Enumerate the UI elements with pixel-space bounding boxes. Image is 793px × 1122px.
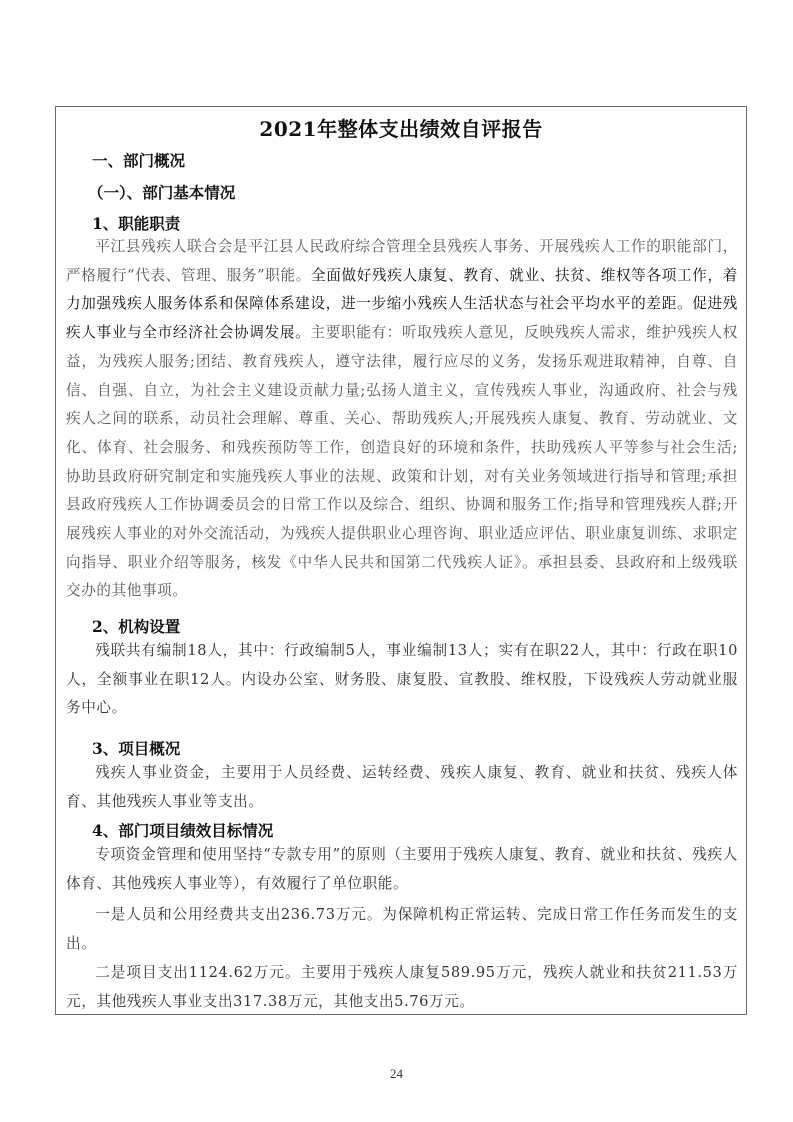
paragraph-special-funds: 专项资金管理和使用坚持“专款专用”的原则（主要用于残疾人康复、教育、就业和扶贫、… [66, 841, 738, 898]
section-heading-department-overview: 一、部门概况 [92, 149, 185, 171]
heading-functions-duties: 1、职能职责 [92, 212, 180, 234]
paragraph-project-overview: 残疾人事业资金，主要用于人员经费、运转经费、残疾人康复、教育、就业和扶贫、残疾人… [66, 759, 738, 816]
paragraph-project-expenses: 二是项目支出1124.62万元。主要用于残疾人康复589.95万元，残疾人就业和… [66, 959, 738, 1016]
report-title: 2021年整体支出绩效自评报告 [56, 113, 746, 142]
paragraph-functions-duties: 平江县残疾人联合会是平江县人民政府综合管理全县残疾人事务、开展残疾人工作的职能部… [66, 233, 738, 606]
report-frame: 2021年整体支出绩效自评报告 一、部门概况 （一）、部门基本情况 1、职能职责… [55, 106, 747, 1015]
page-number: 24 [0, 1066, 793, 1082]
heading-project-overview: 3、项目概况 [92, 737, 180, 759]
heading-performance-goals: 4、部门项目绩效目标情况 [92, 819, 273, 841]
subsection-heading-basic-info: （一）、部门基本情况 [88, 181, 235, 203]
paragraph-personnel-expenses: 一是人员和公用经费共支出236.73万元。为保障机构正常运转、完成日常工作任务而… [66, 901, 738, 958]
paragraph-functions-main: 主要职能有：听取残疾人意见，反映残疾人需求，维护残疾人权益，为残疾人服务;团结、… [66, 324, 738, 599]
heading-org-structure: 2、机构设置 [92, 615, 180, 637]
paragraph-org-structure: 残联共有编制18人，其中：行政编制5人，事业编制13人；实有在职22人，其中：行… [66, 637, 738, 723]
